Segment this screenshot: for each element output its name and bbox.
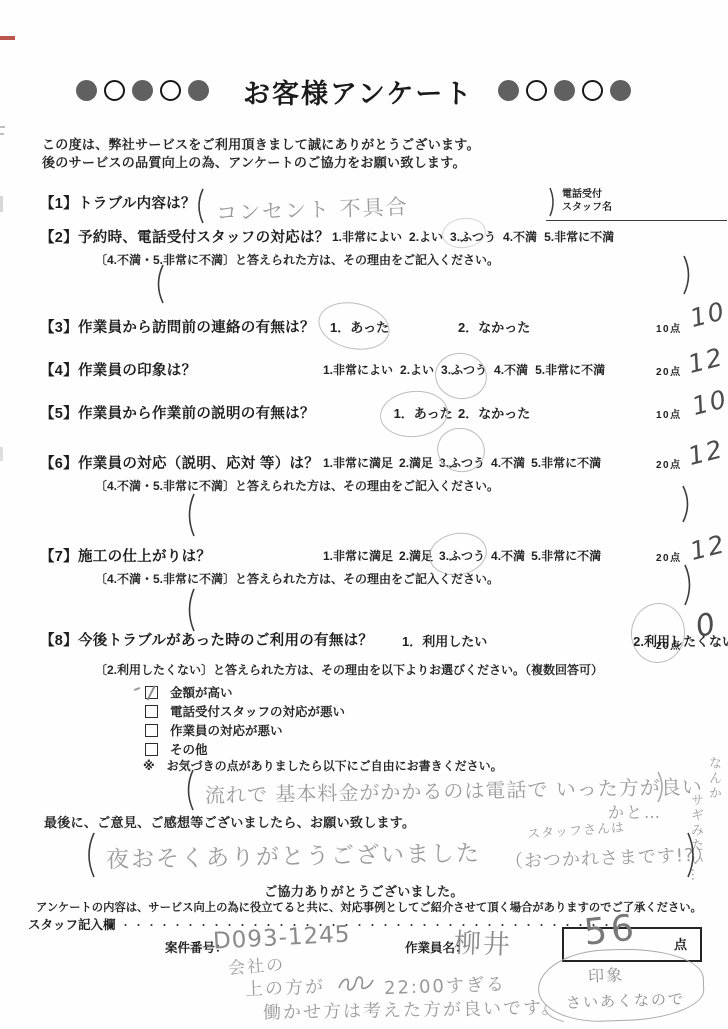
q3-option-1: 1．あった [330, 320, 389, 335]
q2-label: 【2】予約時、電話受付スタッフの対応は？ [40, 226, 330, 247]
scribble-mark [336, 974, 376, 999]
q2-option-3: 3.ふつう [450, 230, 496, 244]
q5-score-handwritten: 10 [689, 384, 728, 421]
scan-edge-mark [0, 133, 4, 135]
page-title: お客様アンケート [243, 72, 473, 111]
q4-options: 1.非常によい 2.よい 3.ふつう 4.不満 5.非常に不満 [323, 361, 605, 379]
q6-option-2: 2.満足 [399, 456, 433, 470]
circled-note-line1: 印象 [587, 962, 624, 987]
q7-score-handwritten: 12 [687, 529, 728, 566]
q7-option-1: 1.非常に満足 [323, 549, 393, 563]
q7-options: 1.非常に満足 2.満足 3.ふつう 4.不満 5.非常に不満 [323, 547, 601, 565]
open-paren [82, 831, 96, 879]
q2-options: 1.非常によい 2.よい 3.ふつう 4.不満 5.非常に不満 [332, 228, 614, 246]
dot-outline-icon [582, 80, 603, 101]
scan-edge-mark [0, 447, 3, 461]
staff-entry-dots: ・・・・・・・・・・・・・・・・・・・・・・・・・・・・・・・・・・・・・・・ [120, 920, 627, 932]
checkbox-label-price-high: 金額が高い [170, 683, 233, 701]
checkbox-label-worker: 作業員の対応が悪い [170, 721, 283, 739]
dot-outline-icon [104, 80, 125, 101]
q8-label: 【8】今後トラブルがあった時のご利用の有無は？ [40, 629, 373, 650]
scan-edge-mark [0, 196, 3, 212]
q6-points-label: 20点 [656, 456, 682, 471]
close-paren [681, 484, 694, 524]
bottom-note-line3: 働かせ方は考えた方が良いです。 [263, 993, 562, 1024]
dot-filled-icon [498, 80, 519, 101]
q3-label: 【3】作業員から訪問前の連絡の有無は？ [40, 316, 315, 337]
margin-note-vertical-1: なんか [704, 756, 723, 801]
final-comment-side: （おつかれさまです!?） [505, 840, 714, 873]
q8-points-label: 20点 [656, 637, 682, 652]
q4-option-3: 3.ふつう [441, 363, 487, 377]
title-dots-left [76, 80, 209, 101]
dot-outline-icon [526, 80, 547, 101]
open-paren [182, 768, 195, 812]
q3-score-handwritten: 10 [687, 296, 728, 333]
q4-score-handwritten: 12 [685, 342, 727, 379]
q2-option-5: 5.非常に不満 [544, 230, 614, 244]
check-mark-icon [147, 685, 156, 700]
q7-option-2: 2.満足 [399, 549, 433, 563]
q6-label: 【6】作業員の対応（説明、応対 等）は？ [40, 452, 319, 473]
dot-filled-icon [132, 80, 153, 101]
q4-points-label: 20点 [656, 363, 682, 378]
score-unit-label: 点 [674, 934, 687, 953]
q4-option-2: 2.よい [400, 363, 434, 377]
q6-option-4: 4.不満 [491, 456, 525, 470]
intro-line-2: 後のサービスの品質向上の為、アンケートのご協力をお願い致します。 [42, 152, 466, 171]
checkbox-phone-staff[interactable] [145, 705, 158, 718]
free-comment-label: ※ お気づきの点がありましたら以下にご自由にお書きください。 [143, 757, 503, 774]
q5-points-label: 10点 [656, 406, 682, 421]
checkbox-row-other[interactable]: その他 [145, 740, 208, 758]
close-paren [683, 563, 696, 607]
q6-note: 〔4.不満・5.非常に不満〕と答えられた方は、その理由をご記入ください。 [95, 477, 499, 494]
q6-options: 1.非常に満足 2.満足 3.ふつう 4.不満 5.非常に不満 [323, 454, 601, 472]
q8-option-1: 1．利用したい [402, 631, 487, 650]
dot-filled-icon [554, 80, 575, 101]
answer-circle [628, 600, 688, 665]
dot-outline-icon [160, 80, 181, 101]
close-paren [548, 186, 558, 218]
close-paren [682, 254, 695, 296]
final-comment-side-small: スタッフさんは [526, 817, 625, 843]
q7-option-5: 5.非常に不満 [531, 549, 601, 563]
circled-note-line2: さいあくなので [566, 988, 686, 1013]
q4-option-4: 4.不満 [494, 363, 528, 377]
scan-edge-mark [0, 126, 5, 128]
q5-option-2: 2．なかった [458, 403, 530, 422]
checkbox-row-price-high[interactable]: 金額が高い [145, 683, 233, 701]
checkbox-worker[interactable] [145, 724, 158, 737]
open-paren [193, 187, 205, 225]
q4-option-1: 1.非常によい [323, 363, 393, 377]
q8-note: 〔2.利用したくない〕と答えられた方は、その理由を以下よりお選びください。（複数… [95, 661, 603, 678]
checkbox-price-high[interactable] [145, 686, 158, 699]
staff-name-line [546, 220, 727, 221]
q5-label: 【5】作業員から作業前の説明の有無は？ [40, 402, 315, 423]
total-score-handwritten: 56 [582, 907, 640, 953]
intro-line-1: この度は、弊社サービスをご利用頂きまして誠にありがとうございます。 [42, 134, 480, 153]
q3-points-label: 10点 [656, 320, 682, 335]
checkbox-label-phone-staff: 電話受付スタッフの対応が悪い [170, 702, 345, 720]
q6-option-5: 5.非常に不満 [531, 456, 601, 470]
q2-option-1: 1.非常によい [332, 230, 402, 244]
q7-option-4: 4.不満 [491, 549, 525, 563]
staff-entry-label: スタッフ記入欄 [28, 918, 116, 932]
worker-name-handwritten: 柳井 [453, 921, 512, 962]
q7-note: 〔4.不満・5.非常に不満〕と答えられた方は、その理由をご記入ください。 [95, 570, 499, 587]
dot-filled-icon [76, 80, 97, 101]
close-paren [686, 831, 700, 879]
phone-staff-label-1: 電話受付 [562, 188, 602, 201]
close-bracket-handwritten [656, 770, 668, 804]
open-paren [183, 492, 196, 538]
checkbox-other[interactable] [145, 743, 158, 756]
q6-option-1: 1.非常に満足 [323, 456, 393, 470]
q7-option-3: 3.ふつう [439, 549, 485, 563]
pen-mark [134, 687, 140, 691]
q1-handwritten-answer: コンセント 不具合 [216, 191, 410, 228]
checkbox-row-worker[interactable]: 作業員の対応が悪い [145, 721, 283, 739]
q2-option-4: 4.不満 [503, 230, 537, 244]
dot-filled-icon [610, 80, 631, 101]
dot-filled-icon [188, 80, 209, 101]
q6-option-3: 3.ふつう [439, 456, 485, 470]
checkbox-row-phone-staff[interactable]: 電話受付スタッフの対応が悪い [145, 702, 345, 720]
q5-option-1: 1．あった [394, 406, 453, 421]
final-comment-label: 最後に、ご意見、ご感想等ございましたら、お願い致します。 [44, 812, 415, 831]
q7-label: 【7】施工の仕上がりは？ [40, 545, 211, 566]
q6-score-handwritten: 12 [685, 434, 727, 471]
q3-option-2: 2．なかった [458, 317, 530, 336]
open-paren [152, 263, 165, 305]
final-comment-handwritten: 夜おそくありがとうございました [106, 835, 482, 875]
phone-staff-label-2: スタッフ名 [562, 201, 612, 214]
q7-points-label: 20点 [656, 549, 682, 564]
thanks-line: ご協力ありがとうございました。 [0, 881, 728, 900]
scanned-survey-form: お客様アンケート この度は、弊社サービスをご利用頂きまして誠にありがとうございま… [0, 0, 728, 1029]
title-dots-right [498, 80, 631, 101]
red-scan-mark [0, 36, 15, 40]
open-paren [183, 587, 196, 633]
q1-label: 【1】トラブル内容は？ [40, 192, 196, 213]
q4-label: 【4】作業員の印象は？ [40, 359, 196, 380]
q4-option-5: 5.非常に不満 [535, 363, 605, 377]
checkbox-label-other: その他 [170, 740, 208, 758]
q2-option-2: 2.よい [409, 230, 443, 244]
